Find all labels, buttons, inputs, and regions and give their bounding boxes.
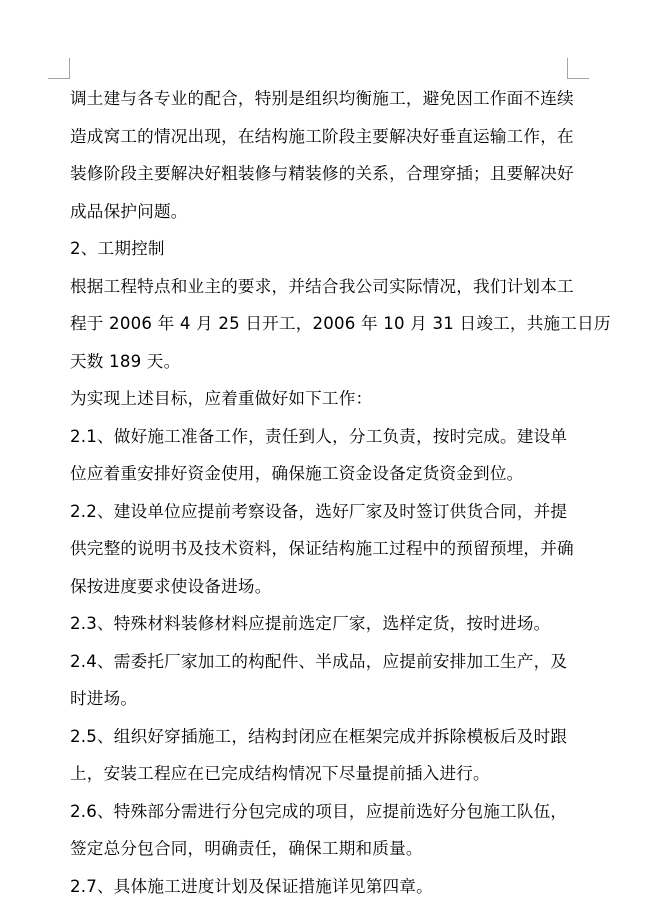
corner-mark-horizontal xyxy=(48,78,70,79)
paragraph-line: 程于 2006 年 4 月 25 日开工，2006 年 10 月 31 日竣工，… xyxy=(70,305,570,343)
list-item-continued: 时进场。 xyxy=(70,680,570,718)
paragraph-line: 调土建与各专业的配合，特别是组织均衡施工，避免因工作面不连续 xyxy=(70,80,570,118)
paragraph-line: 天数 189 天。 xyxy=(70,343,570,381)
paragraph-line: 根据工程特点和业主的要求，并结合我公司实际情况，我们计划本工 xyxy=(70,268,570,306)
paragraph-line: 成品保护问题。 xyxy=(70,193,570,231)
list-item: 2.3、特殊材料装修材料应提前选定厂家，选样定货，按时进场。 xyxy=(70,605,570,643)
paragraph-line: 装修阶段主要解决好粗装修与精装修的关系，合理穿插；且要解决好 xyxy=(70,155,570,193)
corner-mark-vertical xyxy=(69,58,70,79)
list-item-continued: 供完整的说明书及技术资料，保证结构施工过程中的预留预埋，并确 xyxy=(70,530,570,568)
list-item-continued: 签定总分包合同，明确责任，确保工期和质量。 xyxy=(70,830,570,868)
section-heading: 2、工期控制 xyxy=(70,230,570,268)
list-item-continued: 上，安装工程应在已完成结构情况下尽量提前插入进行。 xyxy=(70,755,570,793)
corner-mark-vertical xyxy=(567,58,568,79)
document-body[interactable]: 调土建与各专业的配合，特别是组织均衡施工，避免因工作面不连续 造成窝工的情况出现… xyxy=(70,80,570,905)
corner-mark-horizontal xyxy=(567,78,589,79)
list-item-continued: 位应着重安排好资金使用，确保施工资金设备定货资金到位。 xyxy=(70,455,570,493)
list-item: 2.6、特殊部分需进行分包完成的项目，应提前选好分包施工队伍， xyxy=(70,793,570,831)
list-item: 2.4、需委托厂家加工的构配件、半成品，应提前安排加工生产，及 xyxy=(70,643,570,681)
list-item: 2.5、组织好穿插施工，结构封闭应在框架完成并拆除模板后及时跟 xyxy=(70,718,570,756)
paragraph-line: 为实现上述目标，应着重做好如下工作： xyxy=(70,380,570,418)
paragraph-line: 造成窝工的情况出现，在结构施工阶段主要解决好垂直运输工作，在 xyxy=(70,118,570,156)
list-item-continued: 保按进度要求使设备进场。 xyxy=(70,568,570,606)
list-item: 2.1、做好施工准备工作，责任到人，分工负责，按时完成。建设单 xyxy=(70,418,570,456)
list-item: 2.2、建设单位应提前考察设备，选好厂家及时签订供货合同，并提 xyxy=(70,493,570,531)
list-item: 2.7、具体施工进度计划及保证措施详见第四章。 xyxy=(70,868,570,906)
